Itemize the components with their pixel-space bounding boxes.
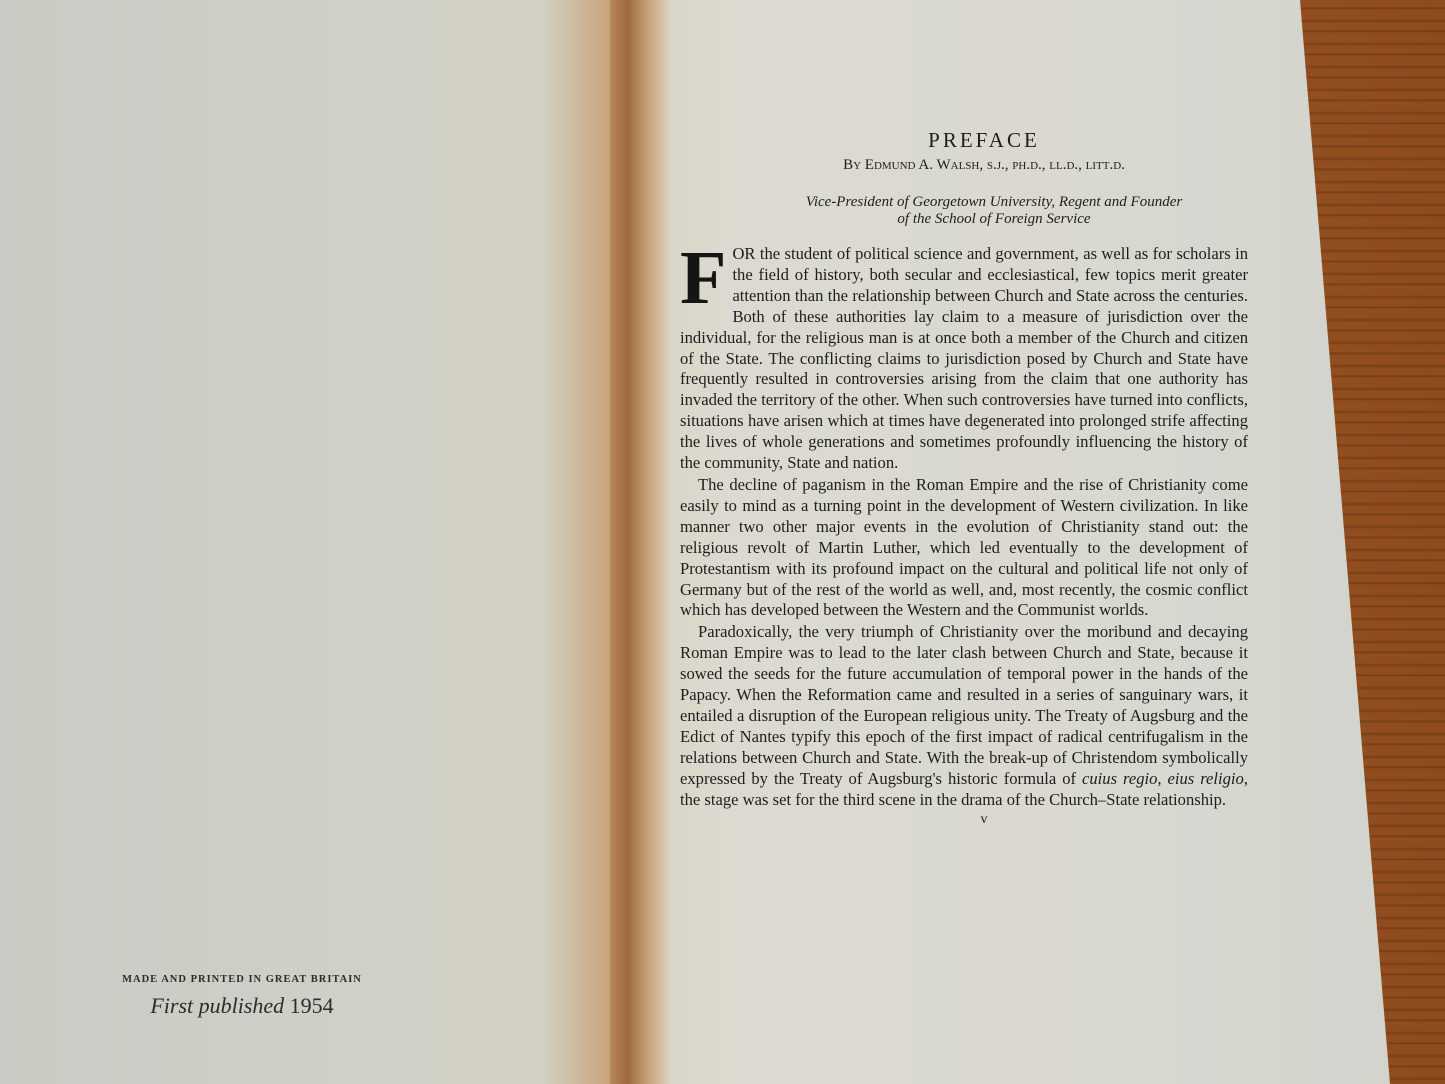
drop-cap: F	[680, 248, 726, 308]
affiliation-line-1: Vice-President of Georgetown University,…	[740, 194, 1248, 211]
publication-year: 1954	[290, 993, 334, 1018]
paragraph-2: The decline of paganism in the Roman Emp…	[680, 475, 1248, 621]
book-gutter	[610, 0, 670, 1084]
paragraph-1: FOR the student of political science and…	[680, 244, 1248, 474]
paragraph-1-text: OR the student of political science and …	[680, 244, 1248, 472]
imprint: Made and printed in Great Britain First …	[112, 974, 372, 1019]
latin-formula: cuius regio, eius religio	[1082, 769, 1244, 788]
author-byline: By Edmund A. Walsh, s.j., ph.d., ll.d., …	[720, 157, 1248, 174]
page-number: v	[680, 812, 1248, 828]
preface-text-block: PREFACE By Edmund A. Walsh, s.j., ph.d.,…	[680, 128, 1248, 828]
author-affiliation: Vice-President of Georgetown University,…	[740, 194, 1248, 228]
affiliation-line-2: of the School of Foreign Service	[740, 211, 1248, 228]
page-title: PREFACE	[720, 128, 1248, 153]
left-page: Made and printed in Great Britain First …	[0, 0, 640, 1084]
paragraph-3-text: Paradoxically, the very triumph of Chris…	[680, 622, 1248, 787]
paragraph-3: Paradoxically, the very triumph of Chris…	[680, 622, 1248, 810]
made-and-printed-line: Made and printed in Great Britain	[112, 974, 372, 985]
first-published-label: First published	[150, 993, 284, 1018]
first-published-line: First published 1954	[112, 993, 372, 1019]
